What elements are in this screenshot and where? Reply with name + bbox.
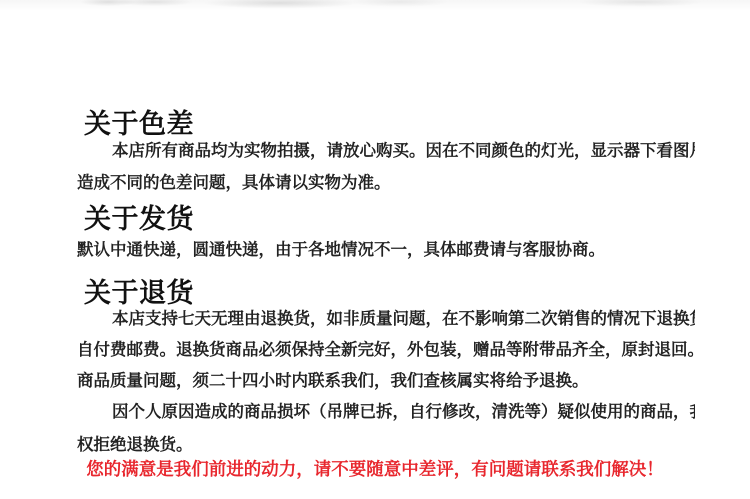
paragraph-returns-exclusions: 因个人原因造成的商品损坏（吊牌已拆，自行修改，清洗等）疑似使用的商品，我们有 权… — [77, 396, 695, 462]
paragraph-line: 本店支持七天无理由退换货，如非质量问题，在不影响第二次销售的情况下退换货的要 — [77, 304, 695, 335]
paragraph-line: 本店所有商品均为实物拍摄，请放心购买。因在不同颜色的灯光，显示器下看图片，会 — [77, 135, 695, 167]
paragraph-line: 造成不同的色差问题，具体请以实物为准。 — [77, 167, 695, 199]
paragraph-line: 默认中通快递，圆通快递，由于各地情况不一，具体邮费请与客服协商。 — [77, 234, 695, 266]
paragraph-line: 自付费邮费。退换货商品必须保持全新完好，外包装，赠品等附带品齐全，原封退回。确属 — [77, 335, 695, 366]
paragraph-line: 因个人原因造成的商品损坏（吊牌已拆，自行修改，清洗等）疑似使用的商品，我们有 — [77, 396, 695, 429]
paragraph-returns-policy: 本店支持七天无理由退换货，如非质量问题，在不影响第二次销售的情况下退换货的要 自… — [77, 304, 695, 397]
heading-color-difference: 关于色差 — [84, 110, 194, 138]
paragraph-line: 商品质量问题，须二十四小时内联系我们，我们查核属实将给予退换。 — [77, 366, 695, 397]
footer-notice: 您的满意是我们前进的动力，请不要随意中差评，有问题请联系我们解决！ — [0, 457, 750, 481]
heading-shipping: 关于发货 — [84, 205, 194, 233]
paragraph-color-difference: 本店所有商品均为实物拍摄，请放心购买。因在不同颜色的灯光，显示器下看图片，会 造… — [77, 135, 695, 199]
product-notice-page: 关于色差 本店所有商品均为实物拍摄，请放心购买。因在不同颜色的灯光，显示器下看图… — [0, 0, 750, 499]
top-edge-shadow — [0, 0, 750, 14]
paragraph-shipping: 默认中通快递，圆通快递，由于各地情况不一，具体邮费请与客服协商。 — [77, 234, 695, 266]
heading-returns: 关于退货 — [84, 279, 194, 307]
